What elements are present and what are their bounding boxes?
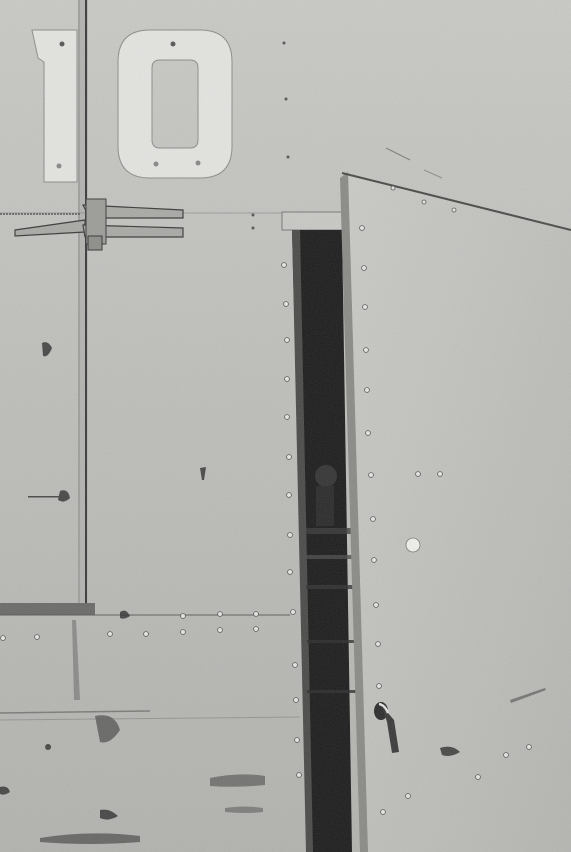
photo-scene (0, 0, 571, 852)
photograph (0, 0, 571, 852)
